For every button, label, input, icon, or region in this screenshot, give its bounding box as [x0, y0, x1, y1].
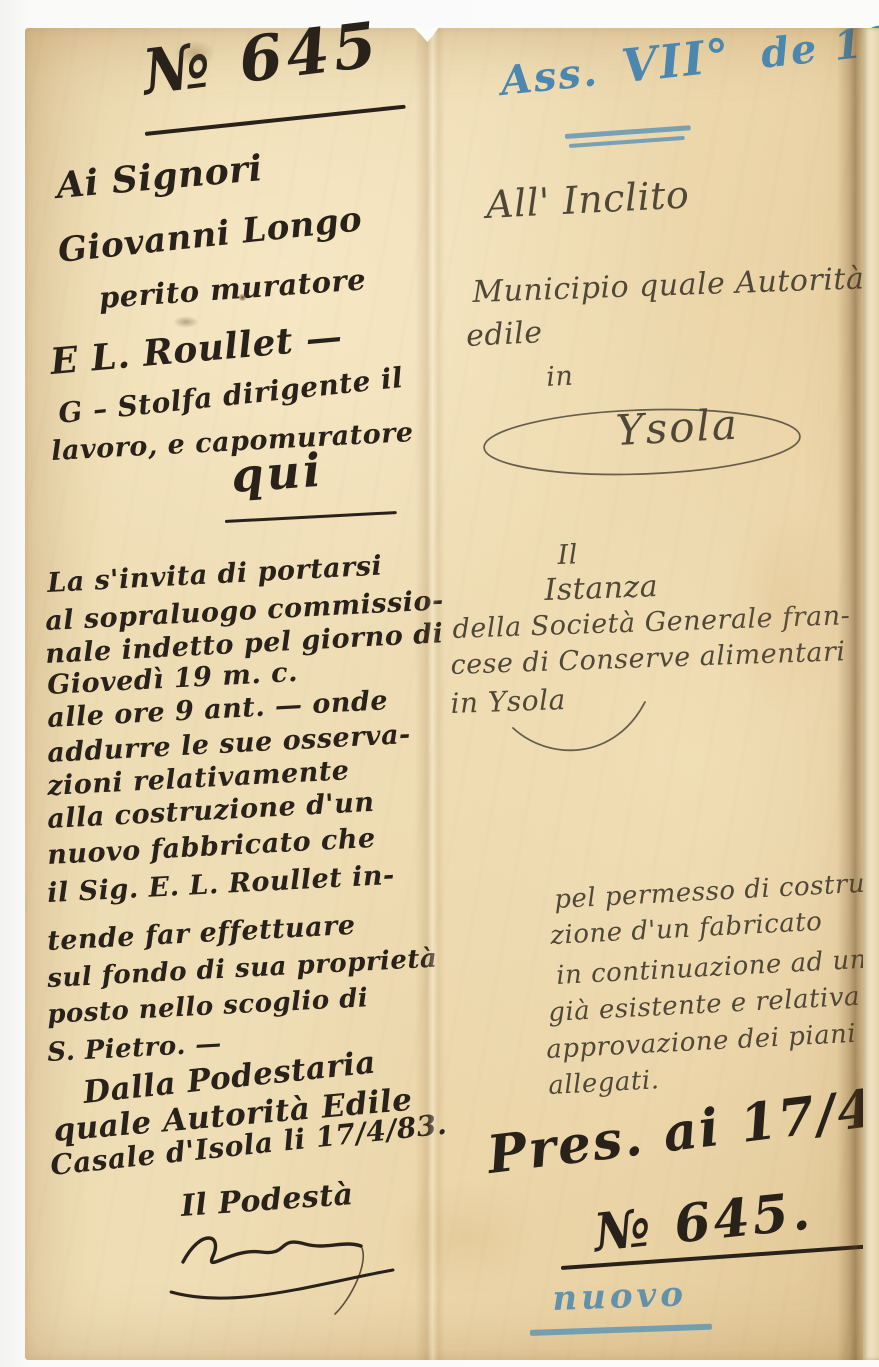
- address-line: edile: [465, 318, 543, 352]
- annotation-roman-numeral: VII°: [619, 28, 734, 93]
- podesta-signature-flourish: [165, 1222, 400, 1317]
- request-line: zione d'un fabricato: [550, 909, 823, 949]
- manuscript-sheet: № 645 Ai Signori Giovanni Longo perito m…: [25, 28, 879, 1360]
- salutation-line: perito muratore: [98, 265, 367, 313]
- smudge: [173, 316, 199, 328]
- request-line: già esistente e relativa: [548, 984, 861, 1026]
- scanned-document: { "left_page": { "protocol_number": "№ 6…: [0, 0, 879, 1367]
- subject-line: della Società Generale fran-: [452, 602, 851, 643]
- request-line: allegati.: [548, 1067, 660, 1099]
- blue-note-nuovo: nuovo: [552, 1277, 688, 1316]
- salutation-line: Ai Signori: [55, 150, 264, 204]
- blue-note-underline: [530, 1324, 712, 1336]
- closing-line: Il Podestà: [180, 1180, 355, 1222]
- presented-date: Pres. ai 17/4/83: [485, 1071, 879, 1182]
- address-line: All' Inclito: [485, 175, 690, 224]
- body-line: il Sig. E. L. Roullet in-: [47, 862, 396, 907]
- center-fold-crease: [415, 28, 445, 1360]
- subject-intro: Il: [557, 541, 578, 569]
- salutation-line: Giovanni Longo: [56, 202, 363, 268]
- request-line: pel permesso di costru-: [554, 870, 875, 913]
- archival-blue-annotation: Ass. VII° de 1883: [498, 9, 879, 102]
- stain: [385, 1178, 545, 1298]
- ysola-oval-flourish: [477, 396, 807, 486]
- annotation-underline: [569, 136, 685, 148]
- annotation-prefix: Ass.: [498, 48, 600, 105]
- subject-swash-flourish: [495, 700, 665, 770]
- address-line: in: [546, 363, 574, 391]
- presented-protocol-number: № 645.: [592, 1185, 816, 1260]
- right-edge-crease: [837, 28, 863, 1360]
- subject-line: cese di Conserve alimentari: [450, 638, 846, 679]
- qui-underline: [225, 511, 397, 523]
- protocol-number-heading: № 645: [139, 13, 383, 104]
- address-line: Municipio quale Autorità: [472, 264, 865, 308]
- body-line: tende far effettuare: [47, 912, 357, 955]
- qui-word: qui: [230, 447, 325, 499]
- body-line: S. Pietro. —: [47, 1031, 223, 1066]
- request-line: approvazione dei piani: [546, 1021, 857, 1063]
- subject-line: Istanza: [544, 572, 659, 606]
- underlying-page-edge: [863, 28, 879, 1360]
- protocol-number-underline: [145, 105, 406, 136]
- body-line: posto nello scoglio di: [47, 985, 369, 1028]
